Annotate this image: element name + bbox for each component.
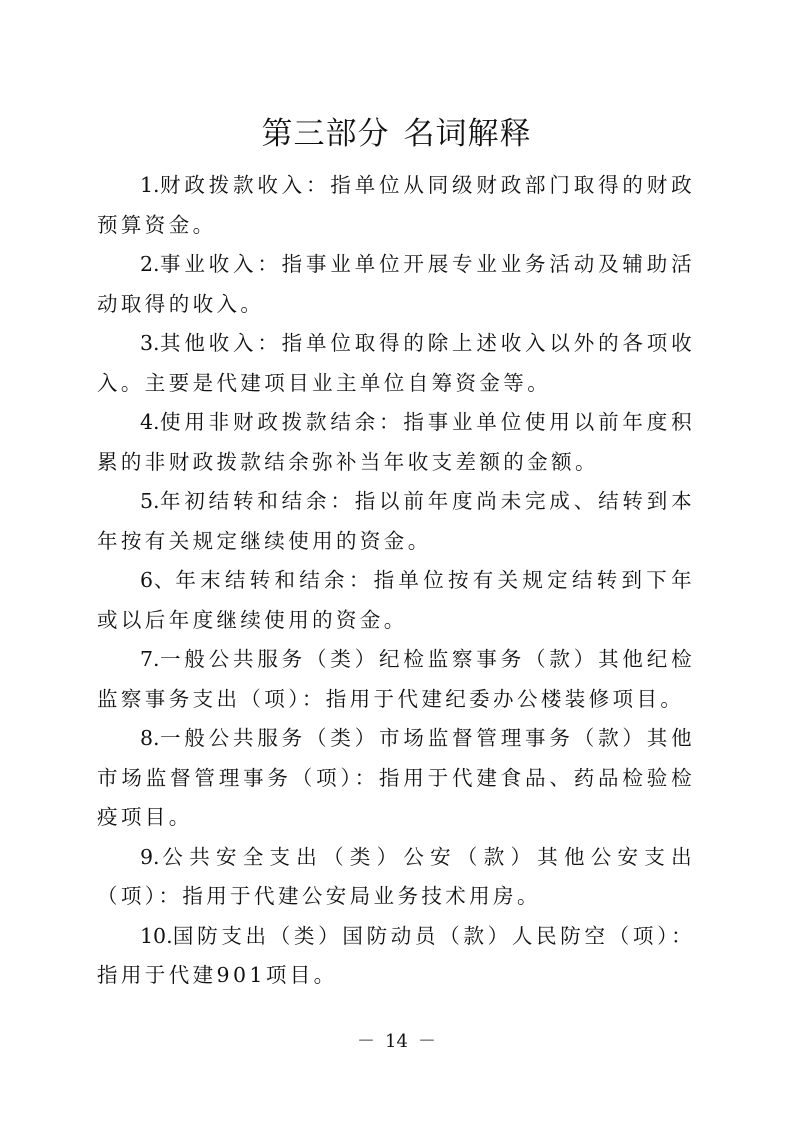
definition-item-5: 5.年初结转和结余：指以前年度尚未完成、结转到本年按有关规定继续使用的资金。 xyxy=(97,482,695,561)
definition-number: 9. xyxy=(140,845,160,869)
definition-number: 5. xyxy=(140,489,160,513)
document-page: 第三部分名词解释 1.财政拨款收入：指单位从同级财政部门取得的财政预算资金。 2… xyxy=(0,0,793,1122)
definition-text: 一般公共服务（类）市场监督管理事务（款）其他市场监督管理事务（项）：指用于代建食… xyxy=(97,726,695,829)
definition-number: 10. xyxy=(140,924,173,948)
page-number: 14 xyxy=(385,1031,408,1052)
page-number-dash-left: － xyxy=(357,1028,375,1056)
section-name-label: 名词解释 xyxy=(404,116,532,152)
definition-number: 1. xyxy=(140,173,160,197)
definition-number: 8. xyxy=(140,726,160,750)
definition-item-1: 1.财政拨款收入：指单位从同级财政部门取得的财政预算资金。 xyxy=(97,166,695,245)
definition-text: 年末结转和结余：指单位按有关规定结转到下年或以后年度继续使用的资金。 xyxy=(97,568,695,632)
definition-item-9: 9.公共安全支出（类）公安（款）其他公安支出（项）：指用于代建公安局业务技术用房… xyxy=(97,838,695,917)
definition-number: 2. xyxy=(140,252,160,276)
definition-text: 年初结转和结余：指以前年度尚未完成、结转到本年按有关规定继续使用的资金。 xyxy=(97,489,695,553)
definition-item-7: 7.一般公共服务（类）纪检监察事务（款）其他纪检监察事务支出（项）：指用于代建纪… xyxy=(97,640,695,719)
definitions-list: 1.财政拨款收入：指单位从同级财政部门取得的财政预算资金。 2.事业收入：指事业… xyxy=(97,166,695,996)
definition-text: 国防支出（类）国防动员（款）人民防空（项）：指用于代建901项目。 xyxy=(97,924,695,988)
section-title: 第三部分名词解释 xyxy=(0,112,793,156)
definition-item-2: 2.事业收入：指事业单位开展专业业务活动及辅助活动取得的收入。 xyxy=(97,245,695,324)
definition-number: 7. xyxy=(140,647,160,671)
page-number-dash-right: － xyxy=(418,1028,436,1056)
definition-text: 财政拨款收入：指单位从同级财政部门取得的财政预算资金。 xyxy=(97,173,695,237)
definition-text: 事业收入：指事业单位开展专业业务活动及辅助活动取得的收入。 xyxy=(97,252,695,316)
section-part-label: 第三部分 xyxy=(262,116,390,152)
definition-number: 6、 xyxy=(140,568,175,592)
page-footer: －14－ xyxy=(0,1028,793,1056)
definition-item-8: 8.一般公共服务（类）市场监督管理事务（款）其他市场监督管理事务（项）：指用于代… xyxy=(97,719,695,838)
definition-text: 使用非财政拨款结余：指事业单位使用以前年度积累的非财政拨款结余弥补当年收支差额的… xyxy=(97,410,695,474)
definition-item-3: 3.其他收入：指单位取得的除上述收入以外的各项收入。主要是代建项目业主单位自筹资… xyxy=(97,324,695,403)
definition-item-6: 6、年末结转和结余：指单位按有关规定结转到下年或以后年度继续使用的资金。 xyxy=(97,561,695,640)
definition-number: 3. xyxy=(140,331,160,355)
definition-text: 一般公共服务（类）纪检监察事务（款）其他纪检监察事务支出（项）：指用于代建纪委办… xyxy=(97,647,695,711)
definition-text: 其他收入：指单位取得的除上述收入以外的各项收入。主要是代建项目业主单位自筹资金等… xyxy=(97,331,695,395)
definition-text: 公共安全支出（类）公安（款）其他公安支出（项）：指用于代建公安局业务技术用房。 xyxy=(97,845,695,909)
definition-item-10: 10.国防支出（类）国防动员（款）人民防空（项）：指用于代建901项目。 xyxy=(97,917,695,996)
definition-item-4: 4.使用非财政拨款结余：指事业单位使用以前年度积累的非财政拨款结余弥补当年收支差… xyxy=(97,403,695,482)
definition-number: 4. xyxy=(140,410,160,434)
